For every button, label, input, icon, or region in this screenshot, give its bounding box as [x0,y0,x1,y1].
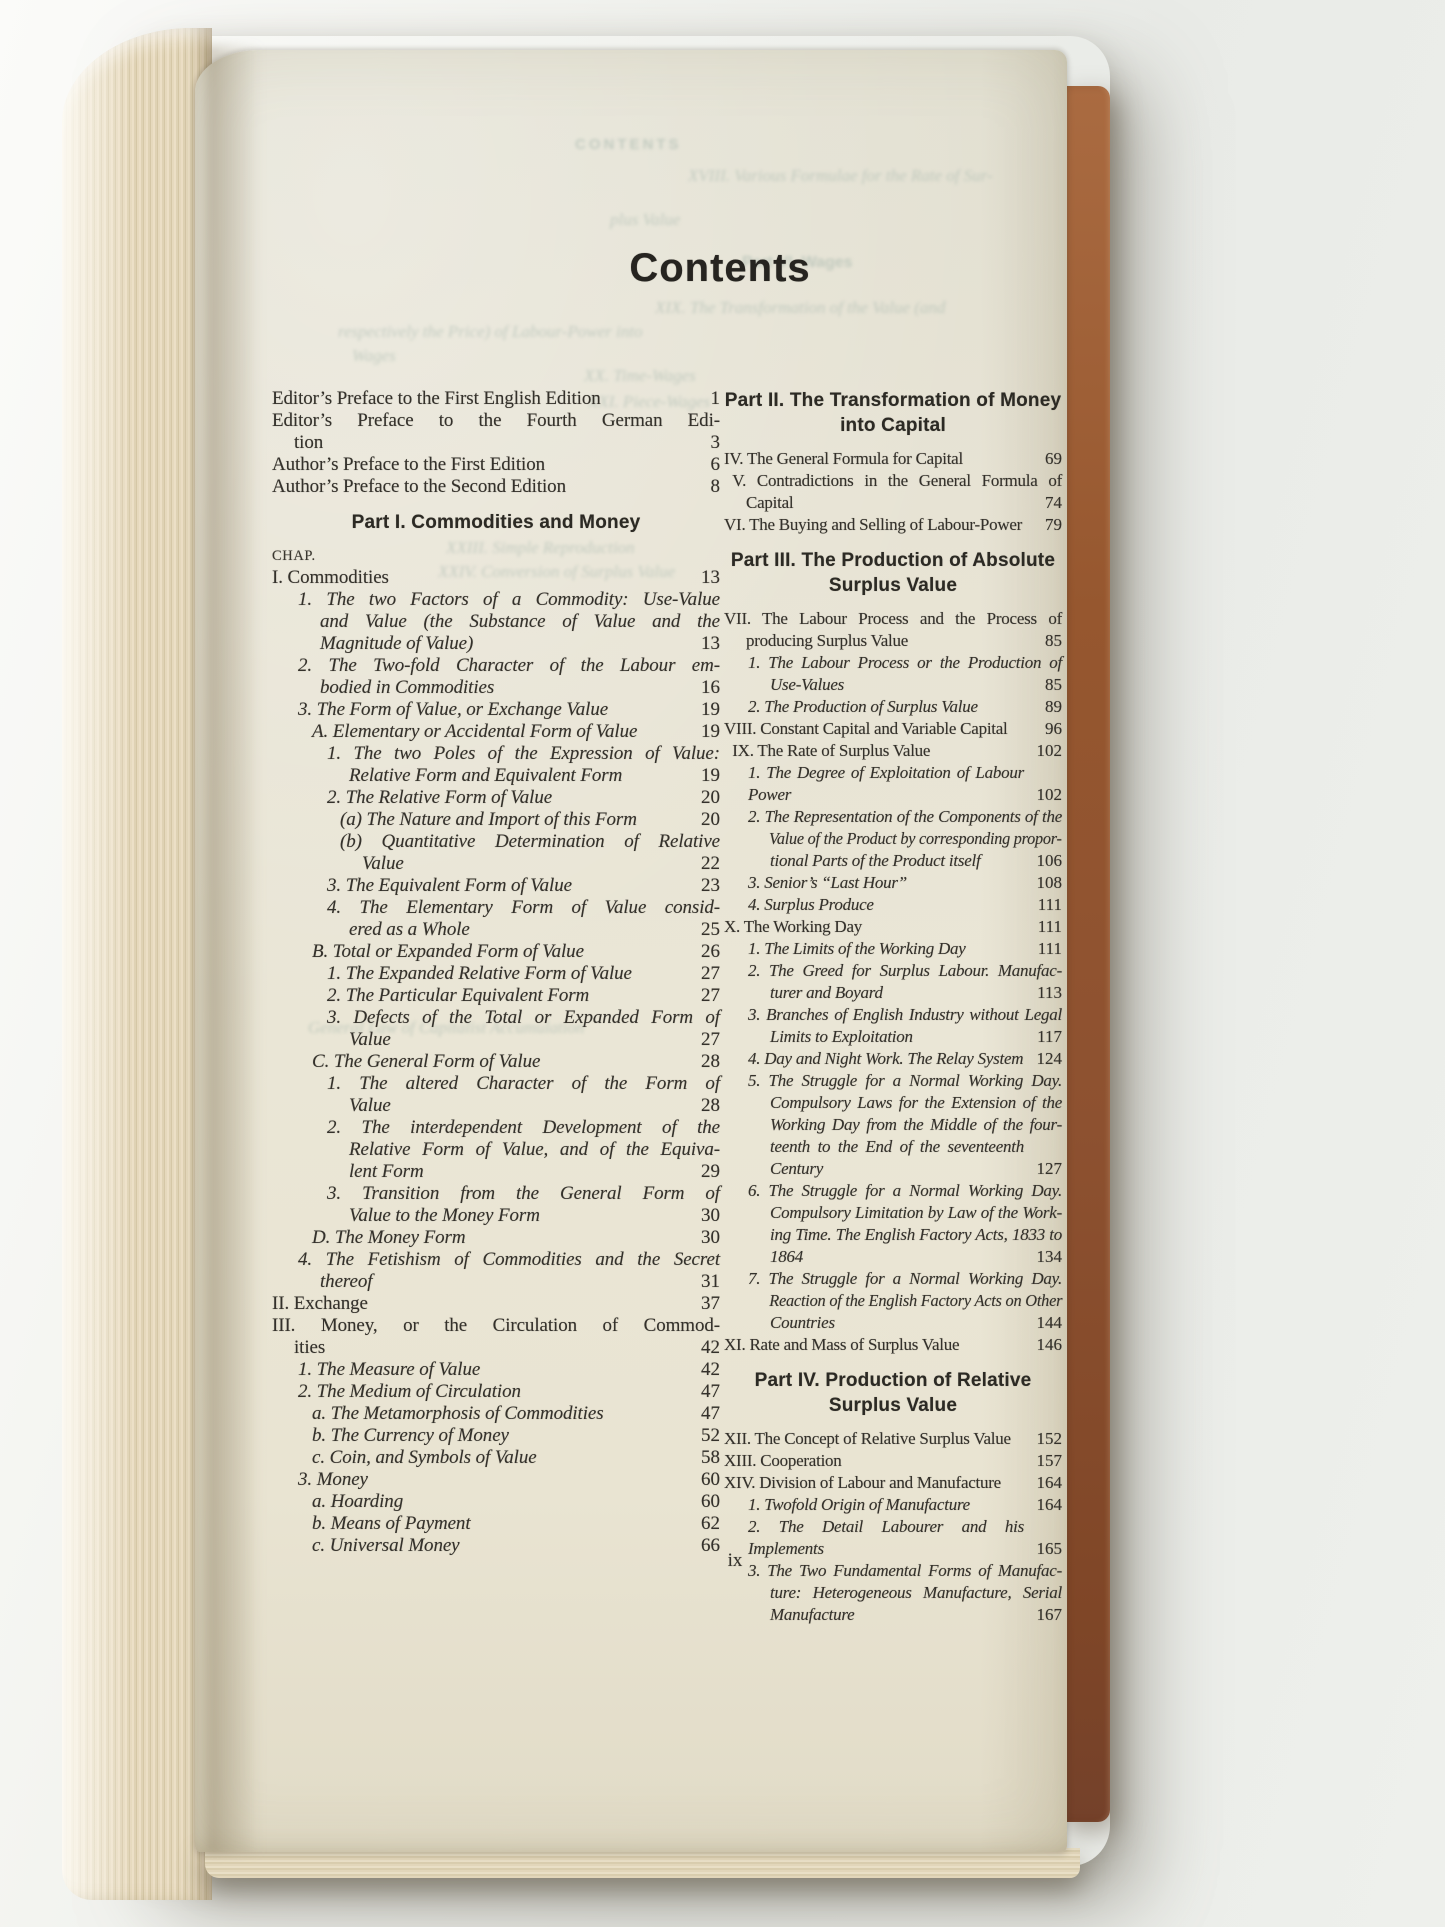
ghost-line: respectively the Price) of Labour-Power … [338,322,642,342]
book-photo: CONTENTS XVIII. Various Formulae for the… [0,0,1445,1927]
page-number: 89 [1045,696,1062,718]
toc-entry: 4. The Fetishism of Commodities and the … [272,1249,720,1293]
page-number: 134 [1037,1246,1063,1268]
page-number: 20 [701,787,720,809]
toc-right-column: Part II. The Transformation of Moneyinto… [724,388,1062,1626]
ghost-line: Wages [352,346,396,366]
ghost-line: XVIII. Various Formulae for the Rate of … [688,166,993,186]
toc-entry: 3. The Form of Value, or Exchange Value1… [272,699,720,721]
toc-entry: 1. The Expanded Relative Form of Value27 [272,963,720,985]
toc-entry: Author’s Preface to the First Edition6 [272,454,720,476]
toc-entry: 3. The Equivalent Form of Value23 [272,875,720,897]
page-number: 79 [1045,514,1062,536]
toc-entry: (a) The Nature and Import of this Form20 [272,809,720,831]
toc-entry: 2. The Particular Equivalent Form27 [272,985,720,1007]
toc-entry: 2. The Production of Surplus Value89 [724,696,1062,718]
toc-entry: 1. The Measure of Value42 [272,1359,720,1381]
toc-entry: A. Elementary or Accidental Form of Valu… [272,721,720,743]
page-number: 26 [701,941,720,963]
toc-entry: VIII. Constant Capital and Variable Capi… [724,718,1062,740]
ghost-line: XX. Time-Wages [584,366,696,386]
ghost-line: plus Value [610,210,680,230]
toc-entry: 6. The Struggle for a Normal Working Day… [724,1180,1062,1268]
page-number: 106 [1037,850,1063,872]
toc-entry: 2. The Relative Form of Value20 [272,787,720,809]
page-number: 58 [701,1447,720,1469]
page-number: 19 [701,765,720,787]
toc-entry: I. Commodities13 [272,567,720,589]
toc-entry: b. Means of Payment62 [272,1513,720,1535]
page-number: 127 [1037,1158,1063,1180]
part-heading: Part IV. Production of RelativeSurplus V… [724,1368,1062,1418]
toc-entry: 1. The Degree of Exploitation of Labour … [724,762,1062,806]
part-heading: Part II. The Transformation of Moneyinto… [724,388,1062,438]
toc-entry: Editor’s Preface to the Fourth German Ed… [272,410,720,454]
toc-entry: 1. The two Poles of the Expression of Va… [272,743,720,787]
page-number: 1 [711,388,721,410]
part-heading: Part I. Commodities and Money [272,510,720,535]
toc-entry: 3. Transition from the General Form ofVa… [272,1183,720,1227]
page-number: 102 [1037,784,1063,806]
page-number: 29 [701,1161,720,1183]
page-number: 152 [1037,1428,1063,1450]
page-number: 28 [701,1095,720,1117]
toc-entry: 2. The Two-fold Character of the Labour … [272,655,720,699]
page-number: 60 [701,1491,720,1513]
toc-entry: 1. The two Factors of a Commodity: Use-V… [272,589,720,655]
page-number: 6 [711,454,721,476]
page-number: 23 [701,875,720,897]
page-number: 60 [701,1469,720,1491]
page-number: 85 [1045,630,1062,652]
toc-entry: 3. The Two Fundamental Forms of Manufac-… [724,1560,1062,1626]
toc-entry: 4. The Elementary Form of Value consid-e… [272,897,720,941]
page-number: 96 [1045,718,1062,740]
page-number: 19 [701,721,720,743]
page-number: 42 [701,1337,720,1359]
toc-entry: 2. The Detail Labourer and his Implement… [724,1516,1062,1560]
toc-entry: D. The Money Form30 [272,1227,720,1249]
page-number: 37 [701,1293,720,1315]
toc-entry: C. The General Form of Value28 [272,1051,720,1073]
chapter-column-label: CHAP. [272,545,720,567]
page-block-bottom-edge [205,1848,1080,1878]
page-title: Contents [520,246,920,291]
gutter-shadow [206,46,262,1854]
toc-entry: 4. Day and Night Work. The Relay System1… [724,1048,1062,1070]
toc-entry: 1. The altered Character of the Form ofV… [272,1073,720,1117]
page-number: 111 [1038,894,1062,916]
page-number: 25 [701,919,720,941]
page-number: 167 [1037,1604,1063,1626]
toc-entry: II. Exchange37 [272,1293,720,1315]
page-number: 164 [1037,1494,1063,1516]
toc-entry: IX. The Rate of Surplus Value102 [724,740,1062,762]
part-heading: Part III. The Production of AbsoluteSurp… [724,548,1062,598]
page-number: 13 [701,567,720,589]
toc-entry: XIII. Cooperation157 [724,1450,1062,1472]
ghost-line: XIX. The Transformation of the Value (an… [655,298,945,318]
page-number: 30 [701,1205,720,1227]
page-number: 27 [701,1029,720,1051]
toc-entry: XII. The Concept of Relative Surplus Val… [724,1428,1062,1450]
page-number: 42 [701,1359,720,1381]
left-pages-fore-edge [62,28,212,1900]
page-number: 47 [701,1381,720,1403]
page-number: 146 [1037,1334,1063,1356]
toc-entry: 4. Surplus Produce111 [724,894,1062,916]
toc-entry: a. The Metamorphosis of Commodities47 [272,1403,720,1425]
folio-page-number: ix [700,1550,770,1572]
page-number: 19 [701,699,720,721]
toc-entry: c. Coin, and Symbols of Value58 [272,1447,720,1469]
page-number: 22 [701,853,720,875]
page-number: 20 [701,809,720,831]
page-number: 157 [1037,1450,1063,1472]
page-number: 102 [1037,740,1063,762]
toc-entry: 3. Senior’s “Last Hour”108 [724,872,1062,894]
page-number: 8 [711,476,721,498]
toc-entry: Editor’s Preface to the First English Ed… [272,388,720,410]
toc-entry: VI. The Buying and Selling of Labour-Pow… [724,514,1062,536]
page-number: 74 [1045,492,1062,514]
page-number: 28 [701,1051,720,1073]
toc-entry: Author’s Preface to the Second Edition8 [272,476,720,498]
toc-entry: B. Total or Expanded Form of Value26 [272,941,720,963]
page-number: 16 [701,677,720,699]
page-number: 13 [701,633,720,655]
toc-entry: a. Hoarding60 [272,1491,720,1513]
page-number: 85 [1045,674,1062,696]
page-number: 144 [1037,1312,1063,1334]
toc-entry: VII. The Labour Process and the Process … [724,608,1062,652]
page-number: 27 [701,985,720,1007]
page-number: 27 [701,963,720,985]
toc-entry: 1. The Labour Process or the Production … [724,652,1062,696]
page-number: 124 [1037,1048,1063,1070]
page-number: 108 [1037,872,1063,894]
toc-entry: X. The Working Day111 [724,916,1062,938]
toc-entry: 3. Branches of English Industry without … [724,1004,1062,1048]
toc-entry: 3. Money60 [272,1469,720,1491]
page-number: 111 [1038,916,1062,938]
toc-entry: IV. The General Formula for Capital69 [724,448,1062,470]
toc-entry: 1. Twofold Origin of Manufacture164 [724,1494,1062,1516]
toc-entry: c. Universal Money66 [272,1535,720,1557]
page-number: 111 [1038,938,1062,960]
page-number: 113 [1037,982,1062,1004]
toc-entry: b. The Currency of Money52 [272,1425,720,1447]
page-number: 31 [701,1271,720,1293]
page-number: 117 [1037,1026,1062,1048]
toc-left-column: Editor’s Preface to the First English Ed… [272,388,720,1557]
toc-entry: XIV. Division of Labour and Manufacture1… [724,1472,1062,1494]
toc-entry: XI. Rate and Mass of Surplus Value146 [724,1334,1062,1356]
page-number: 165 [1037,1538,1063,1560]
toc-entry: 2. The Medium of Circulation47 [272,1381,720,1403]
page-number: 47 [701,1403,720,1425]
page-number: 3 [711,432,721,454]
toc-entry: 2. The interdependent Development of the… [272,1117,720,1183]
toc-entry: 3. Defects of the Total or Expanded Form… [272,1007,720,1051]
toc-entry: 1. The Limits of the Working Day111 [724,938,1062,960]
toc-entry: III. Money, or the Circulation of Commod… [272,1315,720,1359]
ghost-line: CONTENTS [575,136,682,153]
page-number: 30 [701,1227,720,1249]
toc-entry: 7. The Struggle for a Normal Working Day… [724,1268,1062,1334]
toc-entry: (b) Quantitative Determination of Relati… [272,831,720,875]
toc-entry: 2. The Greed for Surplus Labour. Manufac… [724,960,1062,1004]
toc-entry: V. Contradictions in the General Formula… [724,470,1062,514]
page-number: 164 [1037,1472,1063,1494]
page-number: 69 [1045,448,1062,470]
toc-entry: 5. The Struggle for a Normal Working Day… [724,1070,1062,1180]
toc-entry: 2. The Representation of the Components … [724,806,1062,872]
page-number: 62 [701,1513,720,1535]
page-number: 52 [701,1425,720,1447]
